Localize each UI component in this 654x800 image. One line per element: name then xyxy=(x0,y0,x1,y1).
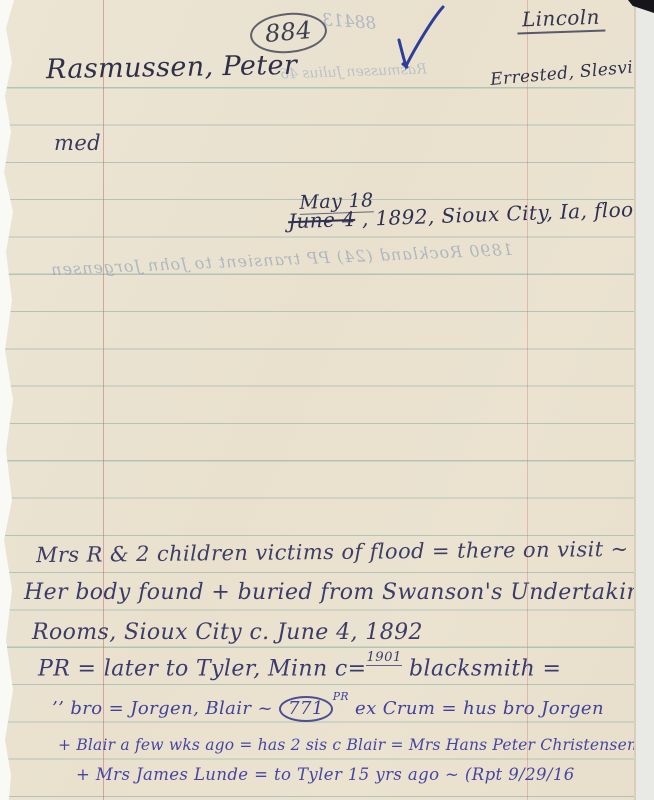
location-label: Lincoln xyxy=(517,4,606,34)
scan-background-strip xyxy=(634,0,654,800)
note-line-4-tail: blacksmith = xyxy=(402,656,562,681)
note-line-5-text: ’’ bro = Jorgen, Blair ~ xyxy=(52,698,279,719)
note-line-6: + Blair a few wks ago = has 2 sis c Blai… xyxy=(58,736,637,754)
checkmark-icon xyxy=(393,4,447,76)
bleedthrough-number: 88413 xyxy=(321,10,376,34)
note-line-7: + Mrs James Lunde = to Tyler 15 yrs ago … xyxy=(76,765,575,784)
note-line-2: Her body found + buried from Swanson's U… xyxy=(24,580,654,605)
note-line-5-pr: PR xyxy=(333,690,349,703)
note-line-4: PR = later to Tyler, Minn c=1901 blacksm… xyxy=(38,656,561,681)
note-line-5: ’’ bro = Jorgen, Blair ~ 771PR ex Crum =… xyxy=(52,696,604,722)
note-line-4-year: 1901 xyxy=(366,650,401,666)
note-line-3: Rooms, Sioux City c. June 4, 1892 xyxy=(32,620,423,645)
med-note: med xyxy=(54,131,101,155)
ruled-lines xyxy=(0,51,636,800)
note-line-4-text: PR = later to Tyler, Minn c= xyxy=(38,656,366,681)
scanned-document-page: 88413 Rasmussen Julius 46 1890 Rockland … xyxy=(0,0,654,800)
person-name: Rasmussen, Peter xyxy=(46,50,298,85)
note-line-5-tail: ex Crum = hus bro Jorgen xyxy=(349,698,604,719)
circled-cross-reference: 771 xyxy=(279,696,333,722)
date-correction: May 18 xyxy=(299,189,374,215)
